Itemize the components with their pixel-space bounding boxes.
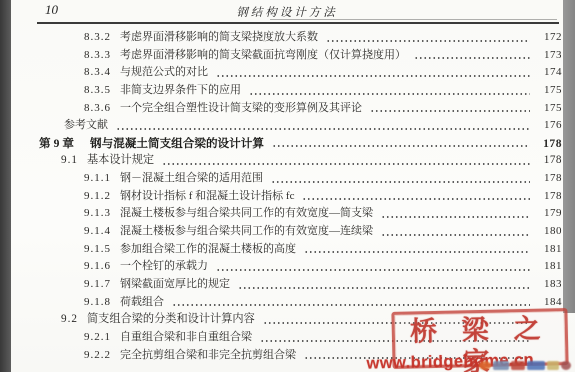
toc-entry-page: 181 <box>535 258 562 276</box>
toc-entry-number: 9.1.4 <box>84 223 111 241</box>
toc-entry-page: 173 <box>535 47 562 65</box>
toc-entry-page: 175 <box>535 82 562 100</box>
scan-edge-right <box>563 0 575 313</box>
logo-blob-icon <box>527 361 545 370</box>
toc-entry-title: 完全抗剪组合梁和非完全抗剪组合梁 <box>120 347 296 365</box>
dot-leader <box>216 267 530 272</box>
toc-entry-number: 9.1.5 <box>84 241 111 259</box>
toc-entry-title: 钢材设计指标 f 和混凝土设计指标 fc <box>120 188 294 206</box>
dot-leader <box>414 55 530 60</box>
toc-row: 9.1.1钢－混凝土组合梁的适用范围178 <box>11 170 562 188</box>
toc-entry-number: 9.1.8 <box>84 294 111 312</box>
toc-entry-title: 参考文献 <box>64 117 108 135</box>
toc-entry-page: 179 <box>535 205 562 223</box>
header-rule <box>37 22 559 24</box>
toc-row-chapter: 第9章钢与混凝土简支组合梁的设计计算178 <box>11 135 562 153</box>
toc-row: 9.1.2钢材设计指标 f 和混凝土设计指标 fc178 <box>11 188 562 206</box>
toc-row: 8.3.6一个完全组合塑性设计简支梁的变形算例及其评论175 <box>11 100 562 118</box>
toc-entry-title: 与规范公式的对比 <box>120 64 208 82</box>
toc-row: 8.3.4与规范公式的对比174 <box>11 64 562 82</box>
logo-blob-icon <box>493 361 509 370</box>
logo-blob-icon <box>511 361 525 370</box>
logo-blob-icon <box>561 361 571 370</box>
dot-leader <box>216 73 530 78</box>
toc-entry-page: 183 <box>535 276 562 294</box>
toc-entry-number: 8.3.4 <box>84 64 111 82</box>
dot-leader <box>326 38 530 43</box>
toc-entry-number: 9.1.6 <box>84 258 111 276</box>
toc-entry-title: 混凝土楼板参与组合梁共同工作的有效宽度—连续梁 <box>120 223 373 241</box>
toc-entry-number: 8.3.2 <box>84 29 111 47</box>
toc-entry-page: 178 <box>535 135 562 153</box>
toc-row: 9.1.3混凝土楼板参与组合梁共同工作的有效宽度—简支梁179 <box>11 205 562 223</box>
toc-entry-page: 175 <box>535 100 562 118</box>
toc-entry-page: 178 <box>535 170 562 188</box>
toc-entry-title: 考虑界面滑移影响的简支梁挠度放大系数 <box>120 29 318 47</box>
toc-entry-title: 考虑界面滑移影响的简支梁截面抗弯刚度（仅计算挠度用） <box>120 47 406 65</box>
dot-leader <box>304 249 530 254</box>
toc-entry-page: 181 <box>535 241 562 259</box>
dot-leader <box>271 179 530 184</box>
toc-entry-title: 钢－混凝土组合梁的适用范围 <box>120 170 263 188</box>
toc-entry-page: 180 <box>535 223 562 241</box>
toc-entry-number: 8.3.5 <box>84 82 111 100</box>
dot-leader <box>381 214 530 219</box>
toc-row: 8.3.3考虑界面滑移影响的简支梁截面抗弯刚度（仅计算挠度用）173 <box>11 47 562 65</box>
toc-entry-number: 9.1.2 <box>84 188 111 206</box>
corner-logo-strip <box>479 360 572 371</box>
book-title: 钢结构设计方法 <box>11 4 563 20</box>
toc-entry-number: 8.3.6 <box>84 100 111 118</box>
toc-row: 8.3.5非简支边界条件下的应用175 <box>11 82 562 100</box>
dot-leader <box>172 302 530 307</box>
header-rule-artifact <box>270 19 557 20</box>
dot-leader <box>370 108 530 113</box>
toc-entry-page: 176 <box>535 117 562 135</box>
toc-entry-title: 一个完全组合塑性设计简支梁的变形算例及其评论 <box>120 100 362 118</box>
toc-row: 9.1.4混凝土楼板参与组合梁共同工作的有效宽度—连续梁180 <box>11 223 562 241</box>
toc-entry-page: 172 <box>535 29 562 47</box>
toc-entry-number: 9.1.1 <box>84 170 111 188</box>
toc-entry-number: 9.1.3 <box>84 205 111 223</box>
toc-entry-title: 非简支边界条件下的应用 <box>120 82 241 100</box>
dot-leader <box>381 232 530 237</box>
toc-entry-title: 钢与混凝土简支组合梁的设计计算 <box>90 135 264 153</box>
toc-entry-number: 8.3.3 <box>84 47 111 65</box>
scan-edge-left <box>0 0 11 372</box>
toc-entry-title: 自重组合梁和非自重组合梁 <box>120 329 252 347</box>
toc-entry-title: 混凝土楼板参与组合梁共同工作的有效宽度—简支梁 <box>120 205 373 223</box>
toc-row: 8.3.2考虑界面滑移影响的简支梁挠度放大系数172 <box>11 29 562 47</box>
dot-leader <box>272 143 530 148</box>
dot-leader <box>302 196 530 201</box>
toc-entry-title: 荷载组合 <box>120 294 164 312</box>
toc-entry-title: 基本设计规定 <box>87 152 154 170</box>
logo-blob-icon <box>547 361 559 370</box>
toc-row: 9.1.8荷载组合184 <box>11 294 562 312</box>
dot-leader <box>116 126 530 131</box>
toc-entry-page: 174 <box>535 64 562 82</box>
toc-entry-title: 钢梁截面宽厚比的规定 <box>120 276 230 294</box>
dot-leader <box>162 161 530 166</box>
toc-entry-number: 9.1 <box>61 152 78 170</box>
toc-entry-title: 一个栓钉的承载力 <box>120 258 208 276</box>
toc-row: 9.1.6一个栓钉的承载力181 <box>11 258 562 276</box>
toc-entry-title: 参加组合梁工作的混凝土楼板的高度 <box>120 241 296 259</box>
toc-entry-page: 178 <box>535 152 562 170</box>
toc-entry-title: 简支组合梁的分类和设计计算内容 <box>87 311 255 329</box>
dot-leader <box>249 91 530 96</box>
page-header: 10 钢结构设计方法 <box>11 0 563 28</box>
toc-row: 9.1.7钢梁截面宽厚比的规定183 <box>11 276 562 294</box>
toc-entry-number: 9.2.2 <box>84 347 111 365</box>
toc-entry-number: 9.1.7 <box>84 276 111 294</box>
toc-entry-page: 178 <box>535 188 562 206</box>
toc-row-references: 参考文献176 <box>11 117 562 135</box>
logo-blob-icon <box>479 361 491 370</box>
dot-leader <box>238 285 530 290</box>
toc-entry-number: 9.2.1 <box>84 329 111 347</box>
toc-entry-number: 第9章 <box>39 135 77 153</box>
toc-row: 9.1.5参加组合梁工作的混凝土楼板的高度181 <box>11 241 562 259</box>
toc-entry-number: 9.2 <box>61 311 78 329</box>
toc-row: 9.1基本设计规定178 <box>11 152 562 170</box>
